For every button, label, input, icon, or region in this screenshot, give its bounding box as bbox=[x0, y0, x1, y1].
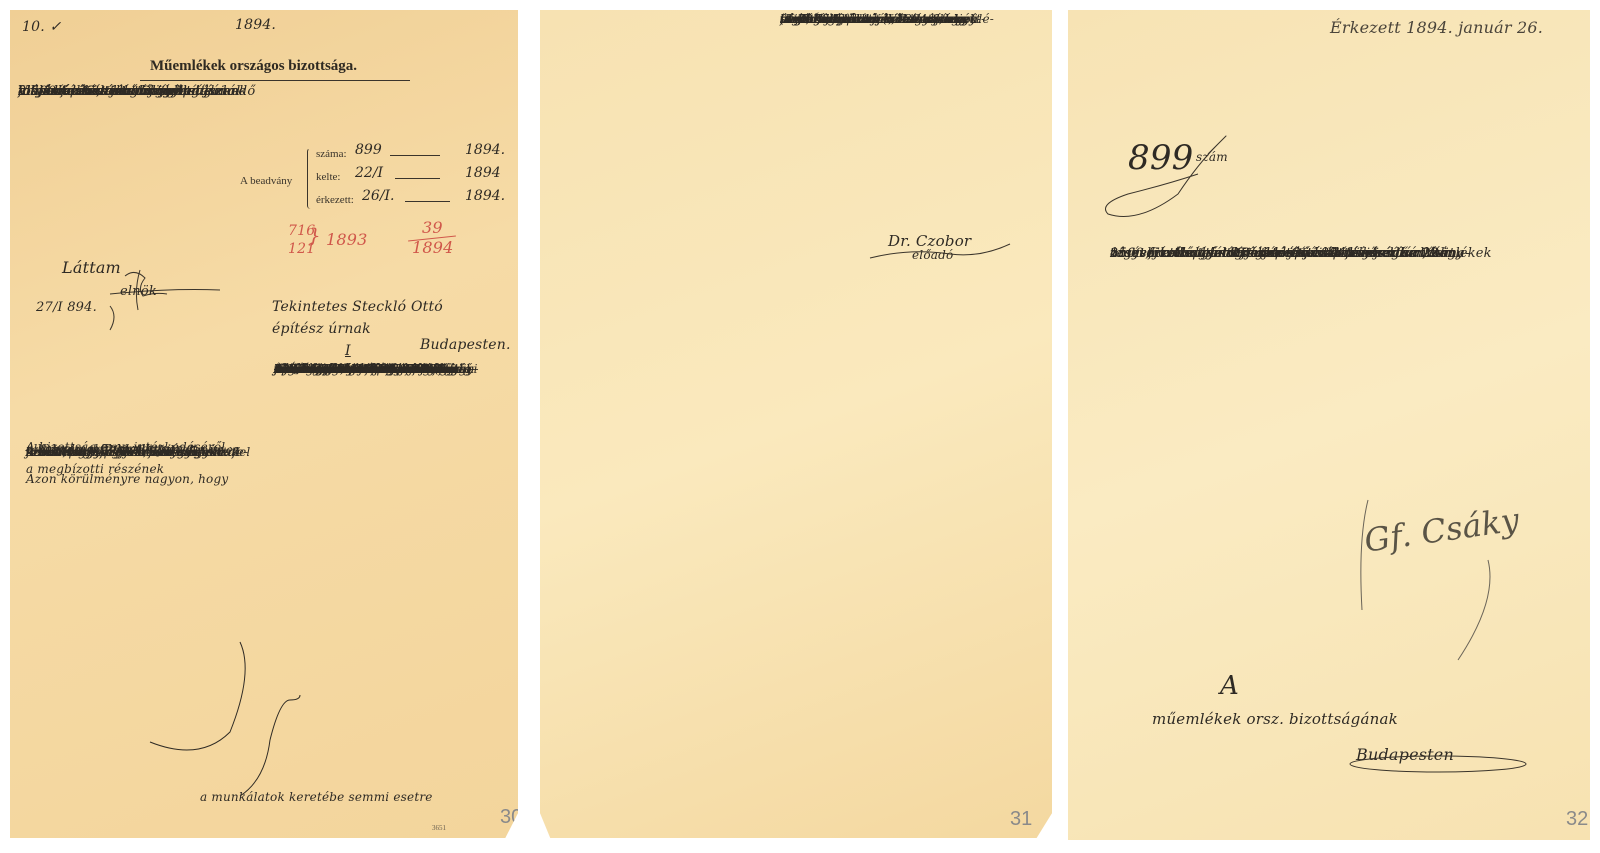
document-page-30: 10. ✓ 1894. Műemlékek országos bizottság… bbox=[10, 10, 518, 838]
text-line: nuár 26. bbox=[780, 12, 833, 28]
red-ref-right-bottom: 1894 bbox=[412, 238, 454, 259]
letter-city: Budapesten. bbox=[420, 336, 511, 354]
signature-flourish-icon bbox=[1348, 490, 1498, 670]
szama-year: 1894. bbox=[465, 142, 505, 158]
letter-address-2: építész úrnak bbox=[272, 320, 371, 338]
number-flourish-icon bbox=[1088, 122, 1268, 222]
red-brace-icon: } bbox=[308, 222, 321, 248]
title-rule bbox=[140, 80, 410, 81]
kelte-value: 22/I bbox=[355, 165, 383, 181]
szama-value: 899 bbox=[355, 142, 382, 158]
addressee: műemlékek orsz. bizottságának bbox=[1152, 710, 1398, 730]
document-page-31: fordulólag ... tájékoztatásra (munkájuk.… bbox=[540, 10, 1052, 838]
summary-line: latot kér. bbox=[18, 84, 79, 101]
kelte-label: kelte: bbox=[316, 171, 340, 183]
field-line bbox=[405, 201, 450, 202]
received-note: Érkezett 1894. január 26. bbox=[1330, 18, 1543, 39]
field-line bbox=[395, 178, 440, 179]
letter-line: általánosan ismert ... bbox=[274, 362, 385, 375]
note-line: Azon körülményre nagyon, hogy bbox=[26, 470, 228, 488]
printed-title: Műemlékek országos bizottsága. bbox=[150, 58, 357, 75]
connector-curve-icon bbox=[210, 640, 310, 800]
city-underline-flourish-icon bbox=[1348, 740, 1548, 780]
page-number: 30 bbox=[500, 806, 518, 829]
addressee-a: A bbox=[1220, 670, 1239, 704]
brace bbox=[307, 148, 314, 209]
page-number: 32 bbox=[1566, 808, 1588, 831]
red-ref-year: 1893 bbox=[326, 230, 368, 251]
kelte-year: 1894 bbox=[465, 165, 501, 181]
beadvany-label: A beadvány bbox=[240, 175, 292, 187]
bottom-note: a munkálatok keretébe semmi esetre bbox=[200, 790, 433, 806]
letter-address: Tekintetes Steckló Ottó bbox=[272, 298, 443, 316]
signature-flourish-icon bbox=[860, 230, 1020, 280]
red-ref-right-top: 39 bbox=[422, 218, 443, 239]
erkezett-year: 1894. bbox=[465, 188, 505, 204]
erkezett-label: érkezett: bbox=[316, 194, 354, 206]
corner-note: 10. ✓ bbox=[22, 18, 61, 36]
letter-section: I bbox=[345, 342, 351, 360]
erkezett-value: 26/I. bbox=[362, 188, 395, 204]
lattam-date: 27/I 894. bbox=[36, 300, 97, 317]
year-header: 1894. bbox=[235, 16, 276, 34]
field-line bbox=[390, 155, 440, 156]
szama-label: száma: bbox=[316, 148, 347, 160]
page-number: 31 bbox=[1010, 808, 1032, 831]
lattam-signer: elnök bbox=[120, 284, 157, 301]
note-line: figyelmeztetni, illetve bbox=[26, 440, 176, 458]
decree-line: Budapest, 1894 évi január 22én. bbox=[1110, 242, 1460, 265]
archive-stamp: 3651 bbox=[432, 824, 446, 832]
document-page-32: Érkezett 1894. január 26. 899 szám Steck… bbox=[1068, 10, 1590, 840]
